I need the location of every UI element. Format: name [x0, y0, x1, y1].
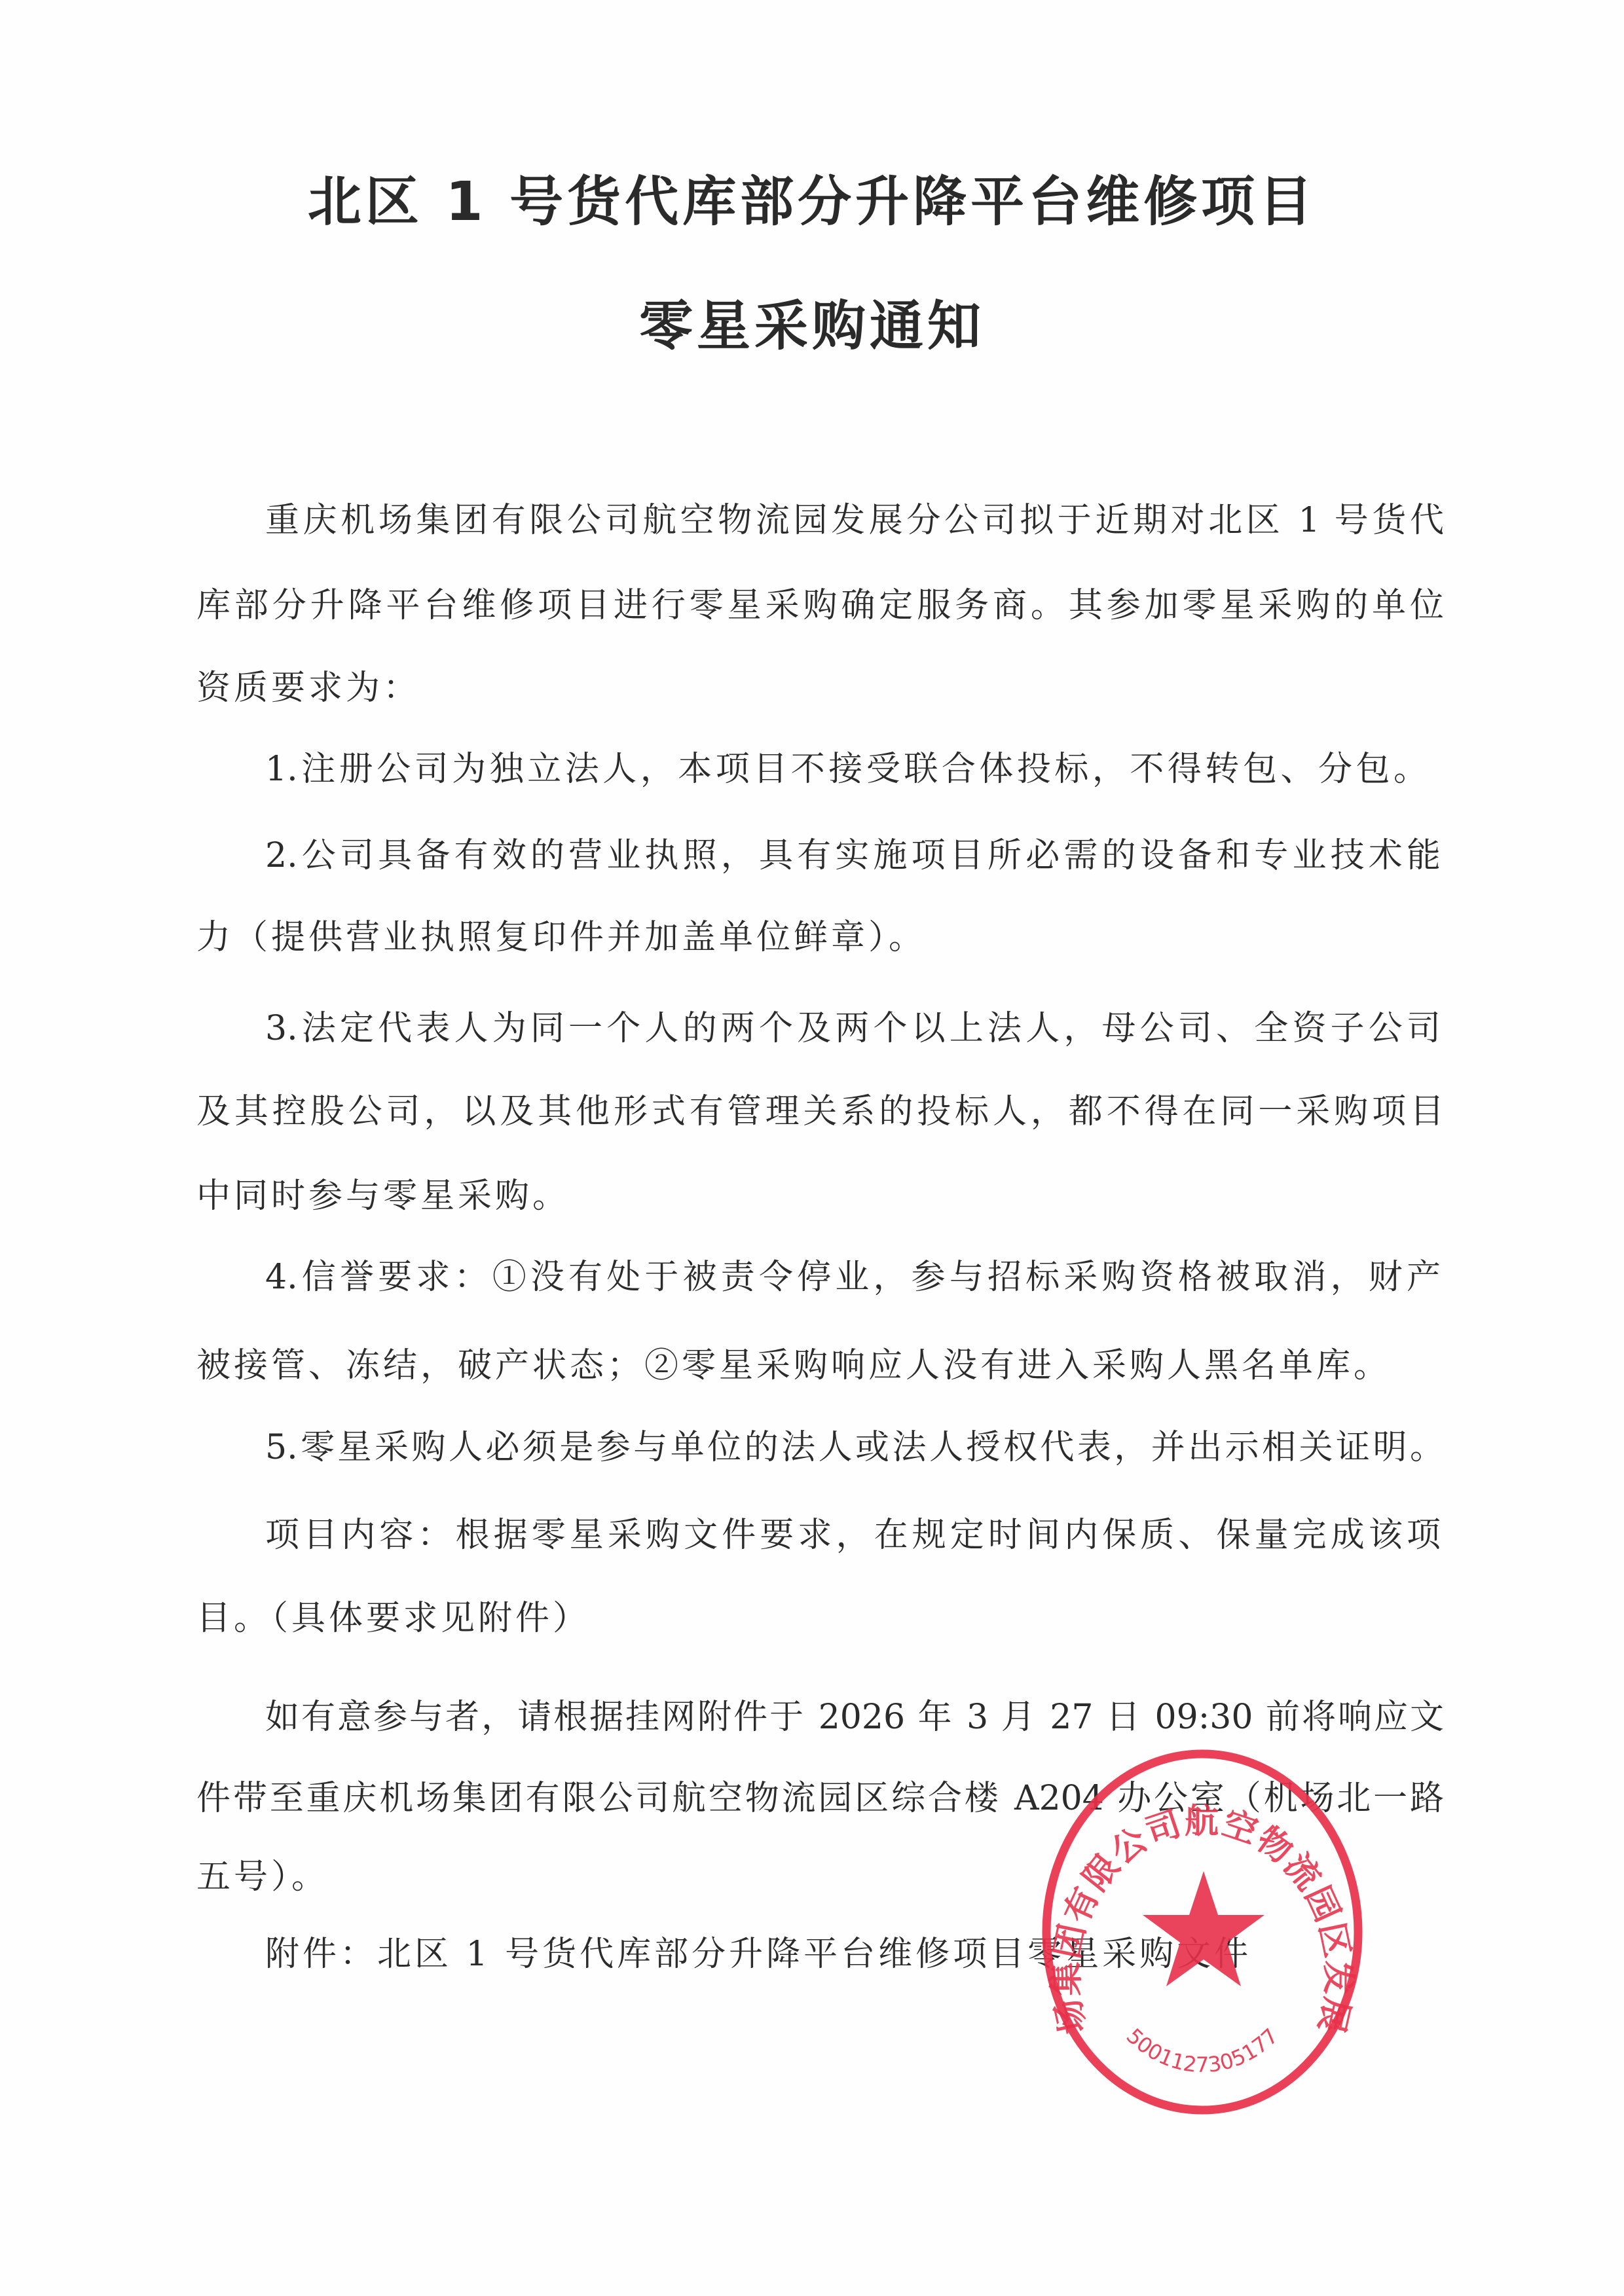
submission-line-3: 五号）。: [196, 1857, 329, 1897]
requirement-4-line-2: 被接管、冻结，破产状态；②零星采购响应人没有进入采购人黑名单库。: [196, 1345, 1391, 1386]
intro-line-1: 重庆机场集团有限公司航空物流园发展分公司拟于近期对北区 1 号货代: [265, 500, 1444, 541]
intro-line-3: 资质要求为：: [196, 668, 420, 708]
document-title-line-2: 零星采购通知: [0, 300, 1624, 354]
seal-code-text: 5001127305177: [1122, 2024, 1283, 2077]
document-page: 北区 1 号货代库部分升降平台维修项目 零星采购通知 重庆机场集团有限公司航空物…: [0, 0, 1624, 2296]
requirement-3-line-3: 中同时参与零星采购。: [196, 1176, 570, 1216]
project-content-line-2: 目。（具体要求见附件）: [196, 1598, 590, 1639]
project-content-line-1: 项目内容：根据零星采购文件要求，在规定时间内保质、保量完成该项: [265, 1515, 1441, 1556]
requirement-4-line-1: 4.信誉要求：①没有处于被责令停业，参与招标采购资格被取消，财产: [265, 1257, 1441, 1298]
requirement-1-line-1: 1.注册公司为独立法人，本项目不接受联合体投标，不得转包、分包。: [265, 749, 1428, 790]
requirement-5-line-1: 5.零星采购人必须是参与单位的法人或法人授权代表，并出示相关证明。: [265, 1427, 1444, 1468]
submission-line-2: 件带至重庆机场集团有限公司航空物流园区综合楼 A204 办公室（机场北一路: [196, 1778, 1444, 1819]
submission-line-1: 如有意参与者，请根据挂网附件于 2026 年 3 月 27 日 09:30 前将…: [265, 1697, 1444, 1738]
seal-organization-text: 重庆机场集团有限公司航空物流园区发展分公司: [1022, 1717, 1357, 2037]
requirement-3-line-1: 3.法定代表人为同一个人的两个及两个以上法人，母公司、全资子公司: [265, 1008, 1441, 1049]
intro-line-2: 库部分升降平台维修项目进行零星采购确定服务商。其参加零星采购的单位: [196, 585, 1444, 626]
document-title-line-1: 北区 1 号货代库部分升降平台维修项目: [0, 175, 1624, 229]
requirement-2-line-2: 力（提供营业执照复印件并加盖单位鲜章）。: [196, 917, 926, 958]
requirement-2-line-1: 2.公司具备有效的营业执照，具有实施项目所必需的设备和专业技术能: [265, 835, 1441, 876]
requirement-3-line-2: 及其控股公司，以及其他形式有管理关系的投标人，都不得在同一采购项目: [196, 1091, 1444, 1132]
attachment-line: 附件：北区 1 号货代库部分升降平台维修项目零星采购文件: [265, 1934, 1251, 1975]
